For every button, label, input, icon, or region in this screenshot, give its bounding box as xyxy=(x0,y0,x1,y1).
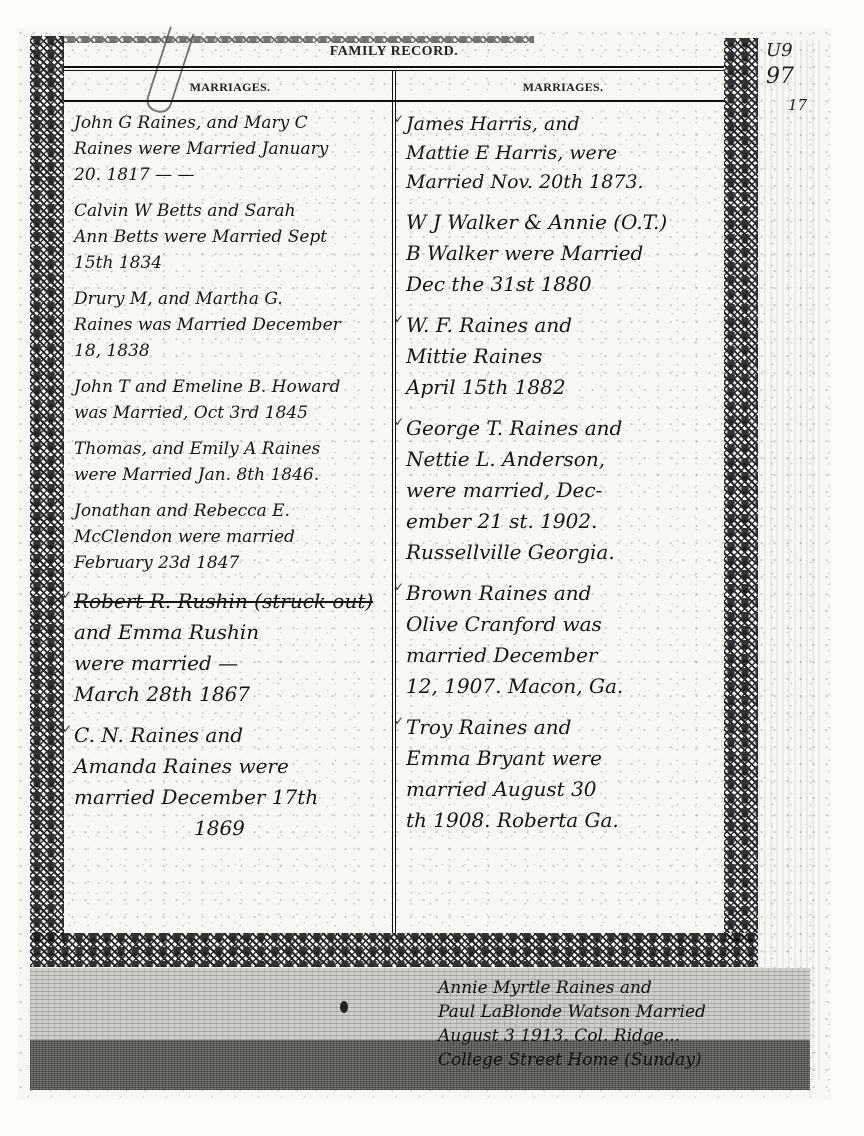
entry-line: Amanda Raines were xyxy=(74,751,394,782)
entry-line: Brown Raines and xyxy=(406,578,726,609)
entry-line: and Emma Rushin xyxy=(74,617,394,648)
entry-line: Olive Cranford was xyxy=(406,609,726,640)
entry-line: married December xyxy=(406,640,726,671)
marriage-entry: John G Raines, and Mary C Raines were Ma… xyxy=(74,110,394,188)
left-ornament-border xyxy=(30,36,64,941)
entry-line: Paul LaBlonde Watson Married xyxy=(438,1000,828,1024)
marriage-entry: W J Walker & Annie (O.T.) B Walker were … xyxy=(406,207,726,300)
marriage-entry: Drury M, and Martha G. Raines was Marrie… xyxy=(74,286,394,364)
right-marriage-list: ✓ James Harris, and Mattie E Harris, wer… xyxy=(406,110,726,846)
entry-line: ember 21 st. 1902. xyxy=(406,506,726,537)
right-ornament-border xyxy=(724,38,758,943)
entry-line: 12, 1907. Macon, Ga. xyxy=(406,671,726,702)
marriage-entry: ✓ C. N. Raines and Amanda Raines were ma… xyxy=(74,720,394,844)
entry-line: Annie Myrtle Raines and xyxy=(438,976,828,1000)
top-ornament-border xyxy=(64,36,534,43)
checkmark-icon: ✓ xyxy=(62,722,72,737)
entry-line: married December 17th xyxy=(74,782,394,813)
checkmark-icon: ✓ xyxy=(394,312,404,327)
marriage-entry: ✓ Troy Raines and Emma Bryant were marri… xyxy=(406,712,726,836)
title-rule-thin xyxy=(64,70,724,71)
column-heading-left: MARRIAGES. xyxy=(70,80,390,95)
entry-line: George T. Raines and xyxy=(406,413,726,444)
entry-line: Raines were Married January xyxy=(74,136,394,162)
entry-line: married August 30 xyxy=(406,774,726,805)
entry-line: were married, Dec- xyxy=(406,475,726,506)
entry-line: Drury M, and Martha G. xyxy=(74,286,394,312)
entry-line: Ann Betts were Married Sept xyxy=(74,224,394,250)
entry-line: Troy Raines and xyxy=(406,712,726,743)
title-rule xyxy=(64,66,724,68)
marriage-entry: John T and Emeline B. Howard was Married… xyxy=(74,374,394,426)
bottom-ornament-border xyxy=(30,933,758,967)
entry-line: 1869 xyxy=(74,813,394,844)
entry-line: John G Raines, and Mary C xyxy=(74,110,394,136)
entry-line: McClendon were married xyxy=(74,524,394,550)
checkmark-icon: ✓ xyxy=(394,415,404,430)
entry-line: Married Nov. 20th 1873. xyxy=(406,168,726,197)
entry-line: W J Walker & Annie (O.T.) xyxy=(406,207,726,238)
margin-annotation: 17 xyxy=(788,96,807,114)
entry-line: B Walker were Married xyxy=(406,238,726,269)
checkmark-icon: ✓ xyxy=(394,714,404,729)
entry-line: February 23d 1847 xyxy=(74,550,394,576)
marriage-entry: ✓ Robert R. Rushin (struck out) and Emma… xyxy=(74,586,394,710)
entry-line: College Street Home (Sunday) xyxy=(438,1048,828,1072)
entry-line: 15th 1834 xyxy=(74,250,394,276)
entry-line: were Married Jan. 8th 1846. xyxy=(74,462,394,488)
marriage-entry: Jonathan and Rebecca E. McClendon were m… xyxy=(74,498,394,576)
entry-line: Nettie L. Anderson, xyxy=(406,444,726,475)
entry-line: John T and Emeline B. Howard xyxy=(74,374,394,400)
entry-line: Dec the 31st 1880 xyxy=(406,269,726,300)
ink-blot xyxy=(340,1001,348,1013)
entry-line: Jonathan and Rebecca E. xyxy=(74,498,394,524)
entry-line: 20. 1817 — — xyxy=(74,162,394,188)
column-divider-2 xyxy=(395,70,396,933)
entry-line: August 3 1913. Col. Ridge... xyxy=(438,1024,828,1048)
checkmark-icon: ✓ xyxy=(394,112,404,127)
marriage-entry: ✓ James Harris, and Mattie E Harris, wer… xyxy=(406,110,726,197)
checkmark-icon: ✓ xyxy=(62,588,72,603)
footer-marriage-entry: Annie Myrtle Raines and Paul LaBlonde Wa… xyxy=(438,976,828,1072)
entry-line: James Harris, and xyxy=(406,110,726,139)
entry-line: Calvin W Betts and Sarah xyxy=(74,198,394,224)
margin-annotation: 97 xyxy=(766,64,794,89)
right-margin-shadow xyxy=(758,40,820,1080)
entry-line: Mattie E Harris, were xyxy=(406,139,726,168)
family-record-page: FAMILY RECORD. MARRIAGES. MARRIAGES. Joh… xyxy=(18,28,830,1100)
entry-line: Raines was Married December xyxy=(74,312,394,338)
marriage-entry: Calvin W Betts and Sarah Ann Betts were … xyxy=(74,198,394,276)
page-title: FAMILY RECORD. xyxy=(64,44,724,60)
entry-line: Thomas, and Emily A Raines xyxy=(74,436,394,462)
marriage-entry: ✓ George T. Raines and Nettie L. Anderso… xyxy=(406,413,726,568)
entry-line: Emma Bryant were xyxy=(406,743,726,774)
entry-line: April 15th 1882 xyxy=(406,372,726,403)
entry-line: Robert R. Rushin (struck out) xyxy=(74,586,394,617)
entry-line: Russellville Georgia. xyxy=(406,537,726,568)
entry-line: W. F. Raines and xyxy=(406,310,726,341)
entry-line: 18, 1838 xyxy=(74,338,394,364)
entry-line: March 28th 1867 xyxy=(74,679,394,710)
marriage-entry: ✓ W. F. Raines and Mittie Raines April 1… xyxy=(406,310,726,403)
checkmark-icon: ✓ xyxy=(394,580,404,595)
left-marriage-list: John G Raines, and Mary C Raines were Ma… xyxy=(74,110,394,854)
entry-line: was Married, Oct 3rd 1845 xyxy=(74,400,394,426)
heading-rule xyxy=(64,100,724,102)
entry-line: C. N. Raines and xyxy=(74,720,394,751)
marriage-entry: ✓ Brown Raines and Olive Cranford was ma… xyxy=(406,578,726,702)
entry-line: were married — xyxy=(74,648,394,679)
column-heading-right: MARRIAGES. xyxy=(403,80,723,95)
entry-line: Mittie Raines xyxy=(406,341,726,372)
entry-line: th 1908. Roberta Ga. xyxy=(406,805,726,836)
margin-annotation: U9 xyxy=(766,40,793,61)
marriage-entry: Thomas, and Emily A Raines were Married … xyxy=(74,436,394,488)
